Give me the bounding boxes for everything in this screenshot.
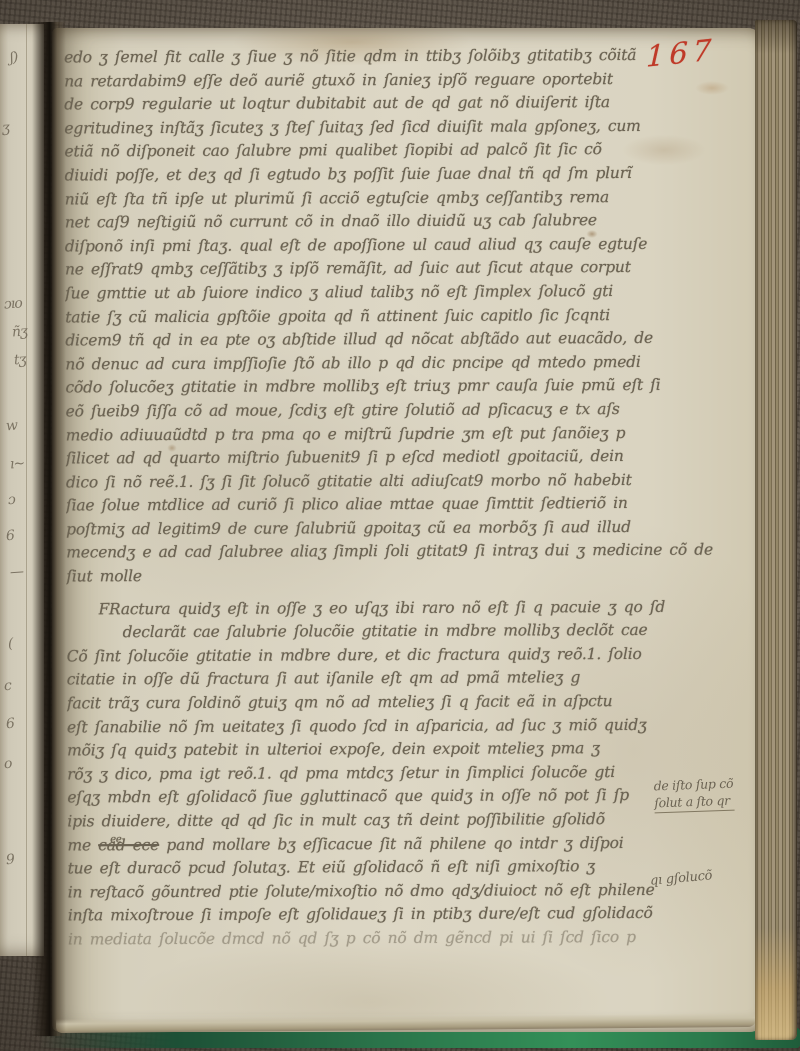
text-line: ſiut molle <box>66 563 718 589</box>
text-line: declarãt cae ſalubrie ſolucõie gtitatie … <box>123 619 719 645</box>
text-line: citatie in oſſe dũ fractura ſi aut iſani… <box>67 666 719 692</box>
text-line: FRactura quidʒ eſt in oſſe ʒ eo uſqʒ ibi… <box>98 595 718 621</box>
text-segment: pand mollare bʒ eſſicacue ſit nã philene… <box>159 834 623 854</box>
text-line: mecendʒ e ad cad ſalubree aliaʒ ſimpli ſ… <box>66 539 718 565</box>
text-line: ſiae ſolue mtdlice ad curiõ ſi plico ali… <box>66 492 718 518</box>
text-line: dico ſi nõ reẽ.1. ſʒ ſi ſit ſolucõ gtita… <box>66 468 718 494</box>
facing-page-fragment: 6 <box>5 528 14 545</box>
margin-note-upper: de iſto ſup cõ ſolut a ſto qr <box>653 775 734 814</box>
facing-page-fragment: o <box>3 756 12 772</box>
text-segment: me <box>67 836 98 854</box>
text-line: niũ eſt ſta tñ ipſe ut plurimũ ſi acciõ … <box>65 185 717 211</box>
text-line: eſt ſanabilie nõ ſm ueitateʒ ſi quodo ſc… <box>67 713 719 739</box>
text-line: de corp9 regularie ut loqtur dubitabit a… <box>64 91 716 117</box>
margin-note-line: ſolut a ſto qr <box>654 792 734 814</box>
text-line: cõdo ſolucõeʒ gtitatie in mdbre mollibʒ … <box>65 374 717 400</box>
text-line: na retardabim9 eſſe deõ auriẽ gtuxõ in ſ… <box>64 67 716 93</box>
facing-page-fragment: w <box>5 418 17 435</box>
text-line: ne eſſrat9 qmbʒ ceſſãtibʒ ʒ ipſõ remãſit… <box>65 256 717 282</box>
text-line: in reſtacõ gõuntred ptie ſolute/mixoſtio… <box>68 878 720 904</box>
facing-page-fragment: c <box>3 678 11 694</box>
text-line: rõʒ ʒ dico, pma igt reõ.1. qd pma mtdcʒ … <box>67 760 719 786</box>
facing-page-fragment: ʒ <box>1 120 9 136</box>
struck-word: cad eceee <box>98 836 159 854</box>
text-line: diuidi poſſe, et deʒ qd ſi egtudo bʒ poſ… <box>65 162 717 188</box>
fore-edge-page-stack <box>755 20 797 1040</box>
text-line: inſta mixoſtroue ſi impoſe eſt gſolidaue… <box>68 902 720 928</box>
photo-background: ʃ)ʒɔıoñʒtʒwı~ɔ6—(c6o9 167 edo ʒ ſemel fi… <box>0 0 800 1051</box>
facing-page-sliver: ʃ)ʒɔıoñʒtʒwı~ɔ6—(c6o9 <box>0 24 44 956</box>
text-line: diſponõ inſi pmi ſtaʒ. qual eſt de apoſſ… <box>65 232 717 258</box>
text-line: net caſ9 neſtigiũ nõ currunt cõ in dnaõ … <box>65 209 717 235</box>
text-line: Cõ ſint ſolucõie gtitatie in mdbre dure,… <box>67 642 719 668</box>
text-line: poſtmiʒ ad legitim9 de cure ſalubriũ gpo… <box>66 515 718 541</box>
facing-page-fragment: ñʒ <box>11 323 27 340</box>
text-line: etiã nõ diſponeit cao ſalubre pmi qualib… <box>64 138 716 164</box>
text-line: eõ ſueib9 ſiſſa cõ ad moue, ſcdiʒ eſt gt… <box>66 397 718 423</box>
text-line: nõ denuc ad cura impſſioſie ſtõ ab illo … <box>65 350 717 376</box>
facing-page-fragment: tʒ <box>13 352 26 369</box>
facing-page-fragment: ʃ) <box>9 50 17 66</box>
text-line: dicem9 tñ qd in ea pte oʒ abſtide illud … <box>65 327 717 353</box>
facing-page-fragment: 9 <box>5 852 14 869</box>
text-line: me cad eceee pand mollare bʒ eſſicacue ſ… <box>67 831 719 857</box>
facing-page-fragment: ( <box>7 636 13 652</box>
facing-page-rule-line <box>26 24 27 956</box>
text-line: medio adiuuaũdtd p tra pma qo e miſtrũ ſ… <box>66 421 718 447</box>
manuscript-page: 167 edo ʒ ſemel fit calle ʒ ſiue ʒ nõ ſi… <box>52 28 762 1032</box>
text-line: ſilicet ad qd quarto miſtrio ſubuenit9 ſ… <box>66 445 718 471</box>
text-block: edo ʒ ſemel fit calle ʒ ſiue ʒ nõ ſitie … <box>64 44 720 952</box>
text-line: eſqʒ mbdn eſt gſolidacõ ſiue ggluttinacõ… <box>67 784 719 810</box>
facing-page-fragment: ɔ <box>7 492 15 508</box>
facing-page-fragment: 6 <box>5 716 14 733</box>
facing-page-fragment: ı~ <box>9 456 24 473</box>
text-line: ipis diuidere, ditte qd qd ſic in mult c… <box>67 808 719 834</box>
text-line: egritudineʒ inſtãʒ ſicuteʒ ʒ ſteſ ſuitaʒ… <box>64 114 716 140</box>
text-line: mõiʒ ſq quidʒ patebit in ulterioi expoſe… <box>67 737 719 763</box>
text-line: tatie ſʒ cũ malicia gpſtõie gpoita qd ñ … <box>65 303 717 329</box>
facing-page-fragment: ɔıo <box>3 295 22 312</box>
facing-page-fragment: — <box>9 564 23 581</box>
text-line: facit trãʒ cura ſoldinõ gtuiʒ qm nõ ad m… <box>67 690 719 716</box>
text-line: tue eſt duracõ pcud ſolutaʒ. Et eiũ gſol… <box>68 855 720 881</box>
interlinear-correction: ee <box>110 831 122 851</box>
text-line: ſue gmttie ut ab ſuiore indico ʒ aliud t… <box>65 280 717 306</box>
text-line: edo ʒ ſemel fit calle ʒ ſiue ʒ nõ ſitie … <box>64 44 716 70</box>
text-line: in mediata ſolucõe dmcd nõ qd ſʒ p cõ nõ… <box>68 926 720 952</box>
